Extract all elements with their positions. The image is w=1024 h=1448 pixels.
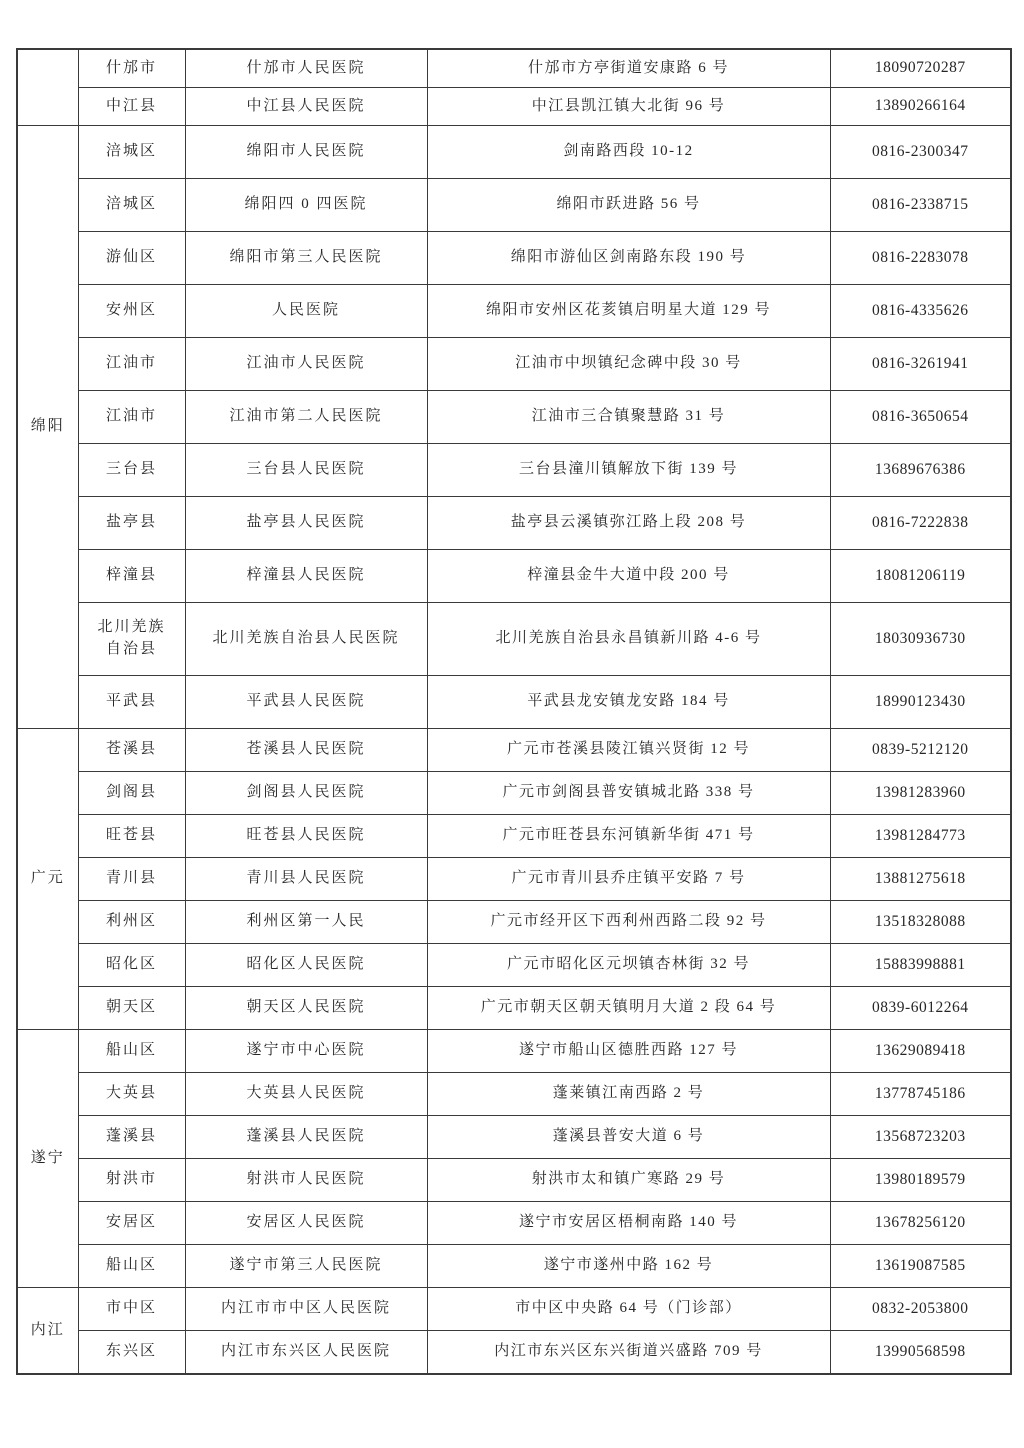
- address-cell: 射洪市太和镇广寒路 29 号: [427, 1159, 830, 1202]
- address-cell: 江油市中坝镇纪念碑中段 30 号: [427, 338, 830, 391]
- address-cell: 中江县凯江镇大北街 96 号: [427, 88, 830, 126]
- table-row: 遂宁船山区遂宁市中心医院遂宁市船山区德胜西路 127 号13629089418: [17, 1030, 1011, 1073]
- address-cell: 广元市旺苍县东河镇新华街 471 号: [427, 815, 830, 858]
- hospital-cell: 安居区人民医院: [185, 1202, 427, 1245]
- hospital-cell: 大英县人民医院: [185, 1073, 427, 1116]
- phone-cell: 0816-3650654: [830, 391, 1011, 444]
- address-cell: 什邡市方亭街道安康路 6 号: [427, 49, 830, 88]
- phone-cell: 13619087585: [830, 1245, 1011, 1288]
- hospital-cell: 朝天区人民医院: [185, 987, 427, 1030]
- table-row: 昭化区昭化区人民医院广元市昭化区元坝镇杏林街 32 号15883998881: [17, 944, 1011, 987]
- district-cell: 中江县: [78, 88, 185, 126]
- hospital-cell: 内江市市中区人民医院: [185, 1288, 427, 1331]
- district-cell: 射洪市: [78, 1159, 185, 1202]
- phone-cell: 15883998881: [830, 944, 1011, 987]
- phone-cell: 18090720287: [830, 49, 1011, 88]
- table-row: 利州区利州区第一人民广元市经开区下西利州西路二段 92 号13518328088: [17, 901, 1011, 944]
- hospital-cell: 平武县人民医院: [185, 676, 427, 729]
- hospital-cell: 江油市第二人民医院: [185, 391, 427, 444]
- table-row: 大英县大英县人民医院蓬莱镇江南西路 2 号13778745186: [17, 1073, 1011, 1116]
- district-cell: 东兴区: [78, 1331, 185, 1375]
- hospital-cell: 绵阳四 0 四医院: [185, 179, 427, 232]
- phone-cell: 0816-4335626: [830, 285, 1011, 338]
- district-cell: 青川县: [78, 858, 185, 901]
- hospital-cell: 昭化区人民医院: [185, 944, 427, 987]
- address-cell: 广元市昭化区元坝镇杏林街 32 号: [427, 944, 830, 987]
- hospital-cell: 北川羌族自治县人民医院: [185, 603, 427, 676]
- hospital-table: 什邡市什邡市人民医院什邡市方亭街道安康路 6 号18090720287中江县中江…: [16, 48, 1012, 1375]
- table-row: 中江县中江县人民医院中江县凯江镇大北街 96 号13890266164: [17, 88, 1011, 126]
- phone-cell: 0839-5212120: [830, 729, 1011, 772]
- phone-cell: 13990568598: [830, 1331, 1011, 1375]
- district-cell: 平武县: [78, 676, 185, 729]
- table-row: 剑阁县剑阁县人民医院广元市剑阁县普安镇城北路 338 号13981283960: [17, 772, 1011, 815]
- table-row: 梓潼县梓潼县人民医院梓潼县金牛大道中段 200 号18081206119: [17, 550, 1011, 603]
- hospital-cell: 遂宁市中心医院: [185, 1030, 427, 1073]
- table-row: 船山区遂宁市第三人民医院遂宁市遂州中路 162 号13619087585: [17, 1245, 1011, 1288]
- hospital-cell: 盐亭县人民医院: [185, 497, 427, 550]
- phone-cell: 13778745186: [830, 1073, 1011, 1116]
- address-cell: 广元市青川县乔庄镇平安路 7 号: [427, 858, 830, 901]
- address-cell: 遂宁市船山区德胜西路 127 号: [427, 1030, 830, 1073]
- hospital-cell: 剑阁县人民医院: [185, 772, 427, 815]
- address-cell: 蓬溪县普安大道 6 号: [427, 1116, 830, 1159]
- address-cell: 平武县龙安镇龙安路 184 号: [427, 676, 830, 729]
- district-cell: 安州区: [78, 285, 185, 338]
- table-row: 游仙区绵阳市第三人民医院绵阳市游仙区剑南路东段 190 号0816-228307…: [17, 232, 1011, 285]
- table-row: 江油市江油市人民医院江油市中坝镇纪念碑中段 30 号0816-3261941: [17, 338, 1011, 391]
- hospital-cell: 江油市人民医院: [185, 338, 427, 391]
- district-cell: 什邡市: [78, 49, 185, 88]
- address-cell: 梓潼县金牛大道中段 200 号: [427, 550, 830, 603]
- table-row: 旺苍县旺苍县人民医院广元市旺苍县东河镇新华街 471 号13981284773: [17, 815, 1011, 858]
- table-row: 蓬溪县蓬溪县人民医院蓬溪县普安大道 6 号13568723203: [17, 1116, 1011, 1159]
- district-cell: 江油市: [78, 391, 185, 444]
- district-cell: 安居区: [78, 1202, 185, 1245]
- table-row: 广元苍溪县苍溪县人民医院广元市苍溪县陵江镇兴贤街 12 号0839-521212…: [17, 729, 1011, 772]
- hospital-cell: 人民医院: [185, 285, 427, 338]
- table-row: 三台县三台县人民医院三台县潼川镇解放下街 139 号13689676386: [17, 444, 1011, 497]
- phone-cell: 13689676386: [830, 444, 1011, 497]
- address-cell: 广元市朝天区朝天镇明月大道 2 段 64 号: [427, 987, 830, 1030]
- hospital-cell: 旺苍县人民医院: [185, 815, 427, 858]
- hospital-cell: 绵阳市人民医院: [185, 126, 427, 179]
- address-cell: 北川羌族自治县永昌镇新川路 4-6 号: [427, 603, 830, 676]
- city-cell: 内江: [17, 1288, 78, 1375]
- hospital-cell: 三台县人民医院: [185, 444, 427, 497]
- address-cell: 广元市苍溪县陵江镇兴贤街 12 号: [427, 729, 830, 772]
- hospital-table-body: 什邡市什邡市人民医院什邡市方亭街道安康路 6 号18090720287中江县中江…: [17, 49, 1011, 1374]
- phone-cell: 0816-2300347: [830, 126, 1011, 179]
- address-cell: 广元市剑阁县普安镇城北路 338 号: [427, 772, 830, 815]
- hospital-cell: 苍溪县人民医院: [185, 729, 427, 772]
- hospital-cell: 蓬溪县人民医院: [185, 1116, 427, 1159]
- document-page: 什邡市什邡市人民医院什邡市方亭街道安康路 6 号18090720287中江县中江…: [0, 0, 1024, 1448]
- district-cell: 朝天区: [78, 987, 185, 1030]
- address-cell: 遂宁市安居区梧桐南路 140 号: [427, 1202, 830, 1245]
- address-cell: 绵阳市游仙区剑南路东段 190 号: [427, 232, 830, 285]
- table-row: 绵阳涪城区绵阳市人民医院剑南路西段 10-120816-2300347: [17, 126, 1011, 179]
- district-cell: 蓬溪县: [78, 1116, 185, 1159]
- district-cell: 三台县: [78, 444, 185, 497]
- address-cell: 内江市东兴区东兴街道兴盛路 709 号: [427, 1331, 830, 1375]
- table-row: 东兴区内江市东兴区人民医院内江市东兴区东兴街道兴盛路 709 号13990568…: [17, 1331, 1011, 1375]
- phone-cell: 13678256120: [830, 1202, 1011, 1245]
- phone-cell: 13881275618: [830, 858, 1011, 901]
- district-cell: 利州区: [78, 901, 185, 944]
- address-cell: 三台县潼川镇解放下街 139 号: [427, 444, 830, 497]
- district-cell: 盐亭县: [78, 497, 185, 550]
- phone-cell: 0816-2283078: [830, 232, 1011, 285]
- table-row: 射洪市射洪市人民医院射洪市太和镇广寒路 29 号13980189579: [17, 1159, 1011, 1202]
- district-cell: 船山区: [78, 1245, 185, 1288]
- district-cell: 市中区: [78, 1288, 185, 1331]
- phone-cell: 13981283960: [830, 772, 1011, 815]
- phone-cell: 18030936730: [830, 603, 1011, 676]
- phone-cell: 13980189579: [830, 1159, 1011, 1202]
- phone-cell: 0816-7222838: [830, 497, 1011, 550]
- hospital-cell: 梓潼县人民医院: [185, 550, 427, 603]
- address-cell: 盐亭县云溪镇弥江路上段 208 号: [427, 497, 830, 550]
- hospital-cell: 内江市东兴区人民医院: [185, 1331, 427, 1375]
- hospital-cell: 青川县人民医院: [185, 858, 427, 901]
- table-row: 青川县青川县人民医院广元市青川县乔庄镇平安路 7 号13881275618: [17, 858, 1011, 901]
- table-row: 涪城区绵阳四 0 四医院绵阳市跃进路 56 号0816-2338715: [17, 179, 1011, 232]
- table-row: 朝天区朝天区人民医院广元市朝天区朝天镇明月大道 2 段 64 号0839-601…: [17, 987, 1011, 1030]
- address-cell: 遂宁市遂州中路 162 号: [427, 1245, 830, 1288]
- hospital-cell: 遂宁市第三人民医院: [185, 1245, 427, 1288]
- phone-cell: 13629089418: [830, 1030, 1011, 1073]
- district-cell: 北川羌族自治县: [78, 603, 185, 676]
- district-cell: 苍溪县: [78, 729, 185, 772]
- district-cell: 船山区: [78, 1030, 185, 1073]
- address-cell: 绵阳市跃进路 56 号: [427, 179, 830, 232]
- phone-cell: 13518328088: [830, 901, 1011, 944]
- district-cell: 游仙区: [78, 232, 185, 285]
- phone-cell: 13981284773: [830, 815, 1011, 858]
- phone-cell: 0816-2338715: [830, 179, 1011, 232]
- hospital-cell: 绵阳市第三人民医院: [185, 232, 427, 285]
- phone-cell: 18081206119: [830, 550, 1011, 603]
- address-cell: 剑南路西段 10-12: [427, 126, 830, 179]
- table-row: 安州区人民医院绵阳市安州区花荄镇启明星大道 129 号0816-4335626: [17, 285, 1011, 338]
- address-cell: 江油市三合镇聚慧路 31 号: [427, 391, 830, 444]
- phone-cell: 13568723203: [830, 1116, 1011, 1159]
- city-cell: 广元: [17, 729, 78, 1030]
- district-cell: 昭化区: [78, 944, 185, 987]
- table-row: 盐亭县盐亭县人民医院盐亭县云溪镇弥江路上段 208 号0816-7222838: [17, 497, 1011, 550]
- hospital-cell: 射洪市人民医院: [185, 1159, 427, 1202]
- hospital-cell: 中江县人民医院: [185, 88, 427, 126]
- district-cell: 大英县: [78, 1073, 185, 1116]
- table-row: 什邡市什邡市人民医院什邡市方亭街道安康路 6 号18090720287: [17, 49, 1011, 88]
- address-cell: 广元市经开区下西利州西路二段 92 号: [427, 901, 830, 944]
- district-cell: 梓潼县: [78, 550, 185, 603]
- address-cell: 蓬莱镇江南西路 2 号: [427, 1073, 830, 1116]
- hospital-cell: 利州区第一人民: [185, 901, 427, 944]
- city-cell: [17, 49, 78, 126]
- hospital-cell: 什邡市人民医院: [185, 49, 427, 88]
- phone-cell: 18990123430: [830, 676, 1011, 729]
- district-cell: 旺苍县: [78, 815, 185, 858]
- address-cell: 绵阳市安州区花荄镇启明星大道 129 号: [427, 285, 830, 338]
- table-row: 北川羌族自治县北川羌族自治县人民医院北川羌族自治县永昌镇新川路 4-6 号180…: [17, 603, 1011, 676]
- district-cell: 涪城区: [78, 179, 185, 232]
- table-row: 江油市江油市第二人民医院江油市三合镇聚慧路 31 号0816-3650654: [17, 391, 1011, 444]
- city-cell: 绵阳: [17, 126, 78, 729]
- district-cell: 剑阁县: [78, 772, 185, 815]
- phone-cell: 0839-6012264: [830, 987, 1011, 1030]
- table-row: 安居区安居区人民医院遂宁市安居区梧桐南路 140 号13678256120: [17, 1202, 1011, 1245]
- phone-cell: 0832-2053800: [830, 1288, 1011, 1331]
- table-row: 平武县平武县人民医院平武县龙安镇龙安路 184 号18990123430: [17, 676, 1011, 729]
- phone-cell: 13890266164: [830, 88, 1011, 126]
- district-cell: 涪城区: [78, 126, 185, 179]
- city-cell: 遂宁: [17, 1030, 78, 1288]
- table-row: 内江市中区内江市市中区人民医院市中区中央路 64 号（门诊部）0832-2053…: [17, 1288, 1011, 1331]
- phone-cell: 0816-3261941: [830, 338, 1011, 391]
- district-cell: 江油市: [78, 338, 185, 391]
- address-cell: 市中区中央路 64 号（门诊部）: [427, 1288, 830, 1331]
